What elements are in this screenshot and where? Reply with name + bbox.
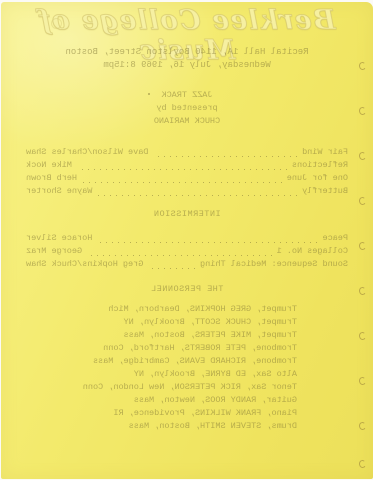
program-section-1: Fair Wind Dave Wilson/Charles Shaw Refle… <box>26 146 348 198</box>
performer-name: CHUCK MARIANO <box>1 115 373 128</box>
program-row: Reflections Mike Nock <box>26 159 348 172</box>
dotted-leader <box>97 195 297 196</box>
dotted-leader <box>82 182 282 183</box>
personnel-line: Tenor Sax, RICK PETERSON, New London, Co… <box>21 381 297 394</box>
personnel-line: Guitar, RANDY ROOS, Newton, Mass <box>21 394 297 407</box>
program-row: Collages No. 1 George Mraz <box>26 245 348 258</box>
personnel-line: Piano, FRANK WILKINS, Providence, RI <box>21 407 297 420</box>
song-title: Collages No. 1 <box>277 245 348 258</box>
personnel-line: Trumpet, MIKE PETERS, Boston, Mass <box>21 329 297 342</box>
program-row: Peace Horace Silver <box>26 232 348 245</box>
personnel-line: Trumpet, GREG HOPKINS, Dearborn, Mich <box>21 303 297 316</box>
program-section-2: Peace Horace Silver Collages No. 1 Georg… <box>26 232 348 271</box>
composer: Greg Hopkins/Chuck Shaw <box>26 258 143 271</box>
program-row: Fair Wind Dave Wilson/Charles Shaw <box>26 146 348 159</box>
intermission-heading: INTERMISSION <box>1 209 373 219</box>
song-title: Peace <box>322 232 348 245</box>
dotted-leader <box>97 242 317 243</box>
composer: Wayne Shorter <box>26 185 92 198</box>
personnel-line: Trumpet, CHUCK SCOTT, Brooklyn, NY <box>21 316 297 329</box>
composer: Mike Nock <box>26 159 72 172</box>
song-title: Fair Wind <box>302 146 348 159</box>
personnel-list: Trumpet, GREG HOPKINS, Dearborn, Mich Tr… <box>21 303 297 433</box>
program-row: Sound Sequence: Medical Thing Greg Hopki… <box>26 258 348 271</box>
dotted-leader <box>153 156 297 157</box>
composer: Herb Brown <box>26 172 77 185</box>
dotted-leader <box>148 268 195 269</box>
personnel-line: Alto Sax, ED BYRNE, Brooklyn, NY <box>21 368 297 381</box>
personnel-line: Trombone, RICHARD EVANS, Cambridge, Mass <box>21 355 297 368</box>
dotted-leader <box>87 255 271 256</box>
personnel-heading: THE PERSONNEL <box>1 284 373 294</box>
program-row: Butterfly Wayne Shorter <box>26 185 348 198</box>
venue-line: Recital Hall 1A, 1140 Boylston Street, B… <box>1 46 373 58</box>
date-line: Wednesday, July 16, 1969 8:15pm <box>1 59 373 71</box>
title-block: JAZZ TRACK presented by CHUCK MARIANO <box>1 89 373 128</box>
program-title: JAZZ TRACK <box>1 89 373 102</box>
composer: Horace Silver <box>26 232 92 245</box>
song-title: Butterfly <box>302 185 348 198</box>
personnel-line: Trombone, PETE ROBERTS, Hartford, Conn <box>21 342 297 355</box>
personnel-line: Drums, STEVEN SMITH, Boston, Mass <box>21 420 297 433</box>
song-title: Reflections <box>292 159 348 172</box>
song-title: One for June <box>287 172 348 185</box>
composer: George Mraz <box>26 245 82 258</box>
mirrored-showthrough-content: Berklee College of Music Recital Hall 1A… <box>1 2 373 479</box>
composer: Dave Wilson/Charles Shaw <box>26 146 148 159</box>
presented-by: presented by <box>1 102 373 115</box>
paper: Berklee College of Music Recital Hall 1A… <box>1 2 373 479</box>
smudge-mark <box>51 18 62 29</box>
program-row: One for June Herb Brown <box>26 172 348 185</box>
scanned-program-page: { "header": { "school_name": "Berklee Co… <box>0 0 373 480</box>
song-title: Sound Sequence: Medical Thing <box>200 258 348 271</box>
dotted-leader <box>77 169 287 170</box>
stray-dot-mark <box>148 93 150 95</box>
